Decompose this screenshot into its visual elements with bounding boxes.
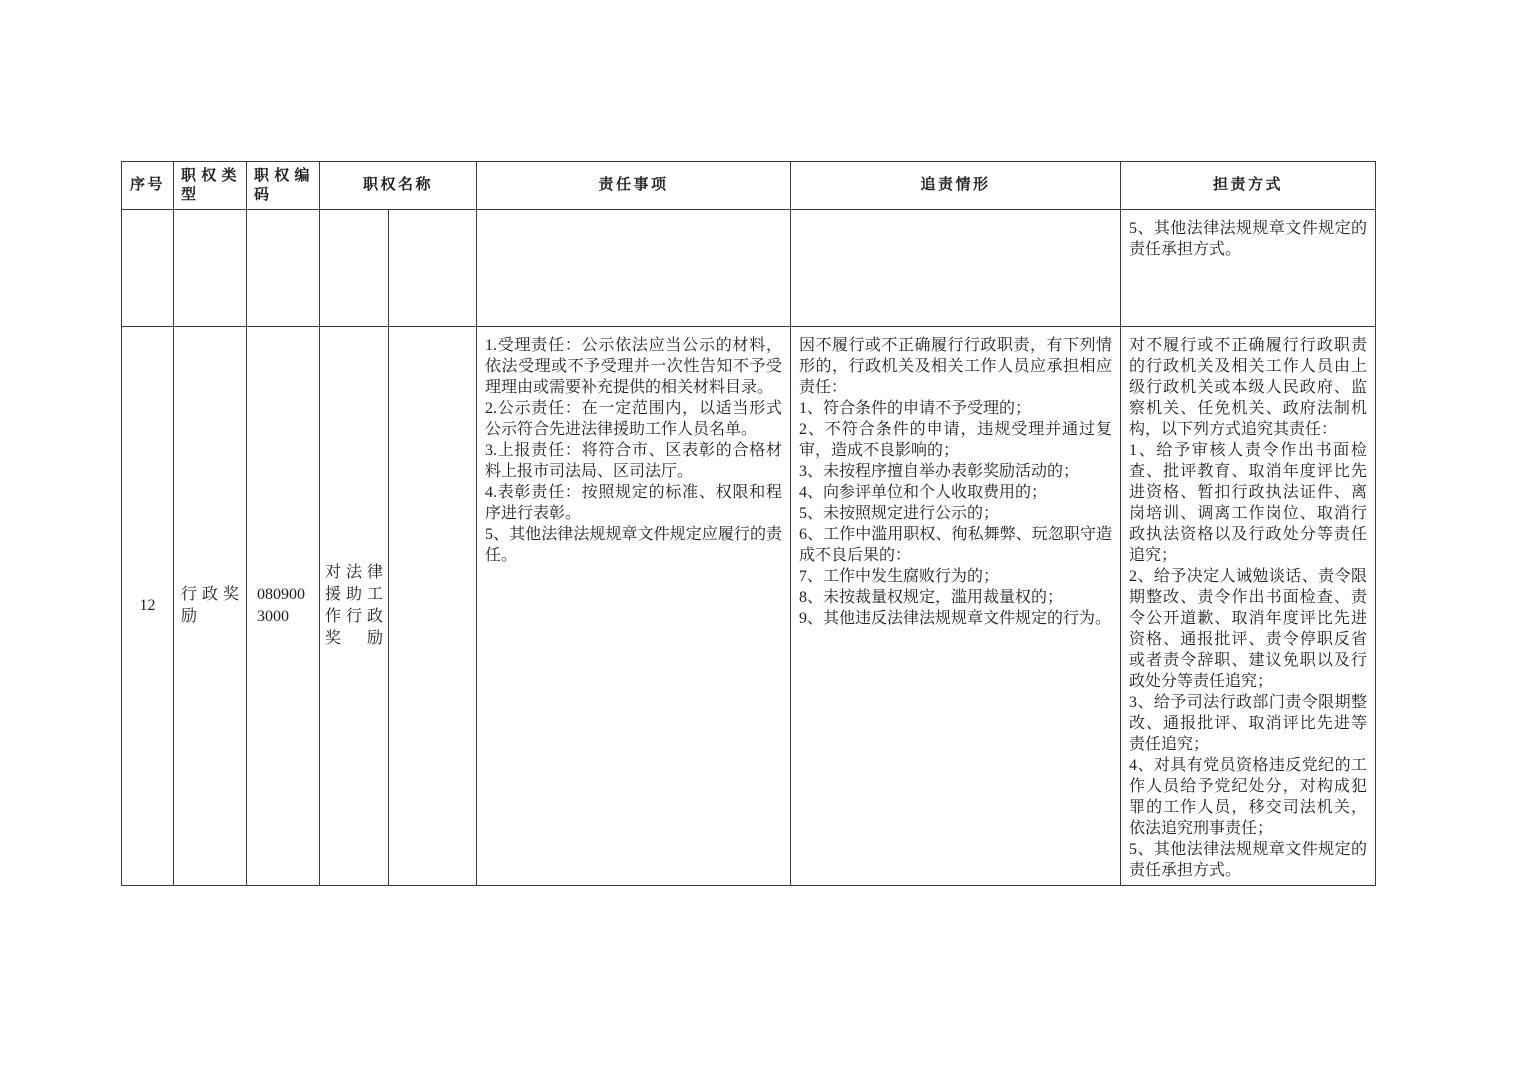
header-cell-duty: 责任事项 (477, 162, 791, 210)
table-row-12: 12 行政奖 励 080900 3000 对法律 援助工 作行政 奖励 1.受理… (122, 327, 1376, 886)
cell-type: 行政奖 励 (174, 327, 247, 886)
cell-index: 12 (122, 327, 174, 886)
cell-method: 5、其他法律法规规章文件规定的责任承担方式。 (1121, 210, 1376, 327)
cell-code (247, 210, 320, 327)
header-cell-method: 担责方式 (1121, 162, 1376, 210)
cell-index (122, 210, 174, 327)
header-cell-type: 职权类 型 (174, 162, 247, 210)
cell-type (174, 210, 247, 327)
cell-name: 对法律 援助工 作行政 奖励 (320, 327, 389, 886)
cell-duty (477, 210, 791, 327)
table-row-continuation: 5、其他法律法规规章文件规定的责任承担方式。 (122, 210, 1376, 327)
header-cell-name: 职权名称 (320, 162, 477, 210)
header-cell-code: 职权编 码 (247, 162, 320, 210)
cell-name-sub2 (389, 210, 477, 327)
cell-duty: 1.受理责任：公示依法应当公示的材料，依法受理或不予受理并一次性告知不予受理理由… (477, 327, 791, 886)
cell-method: 对不履行或不正确履行行政职责的行政机关及相关工作人员由上级行政机关或本级人民政府… (1121, 327, 1376, 886)
authority-responsibility-table: 序号 职权类 型 职权编 码 职权名称 责任事项 追责情形 担责方式 5、其他法… (121, 161, 1376, 886)
header-cell-index: 序号 (122, 162, 174, 210)
cell-accountability: 因不履行或不正确履行行政职责，有下列情形的，行政机关及相关工作人员应承担相应责任… (791, 327, 1121, 886)
document-page: 序号 职权类 型 职权编 码 职权名称 责任事项 追责情形 担责方式 5、其他法… (0, 0, 1520, 1074)
header-cell-accountability: 追责情形 (791, 162, 1121, 210)
cell-code: 080900 3000 (247, 327, 320, 886)
cell-accountability (791, 210, 1121, 327)
cell-name (320, 210, 389, 327)
table-header-row: 序号 职权类 型 职权编 码 职权名称 责任事项 追责情形 担责方式 (122, 162, 1376, 210)
cell-name-sub2 (389, 327, 477, 886)
